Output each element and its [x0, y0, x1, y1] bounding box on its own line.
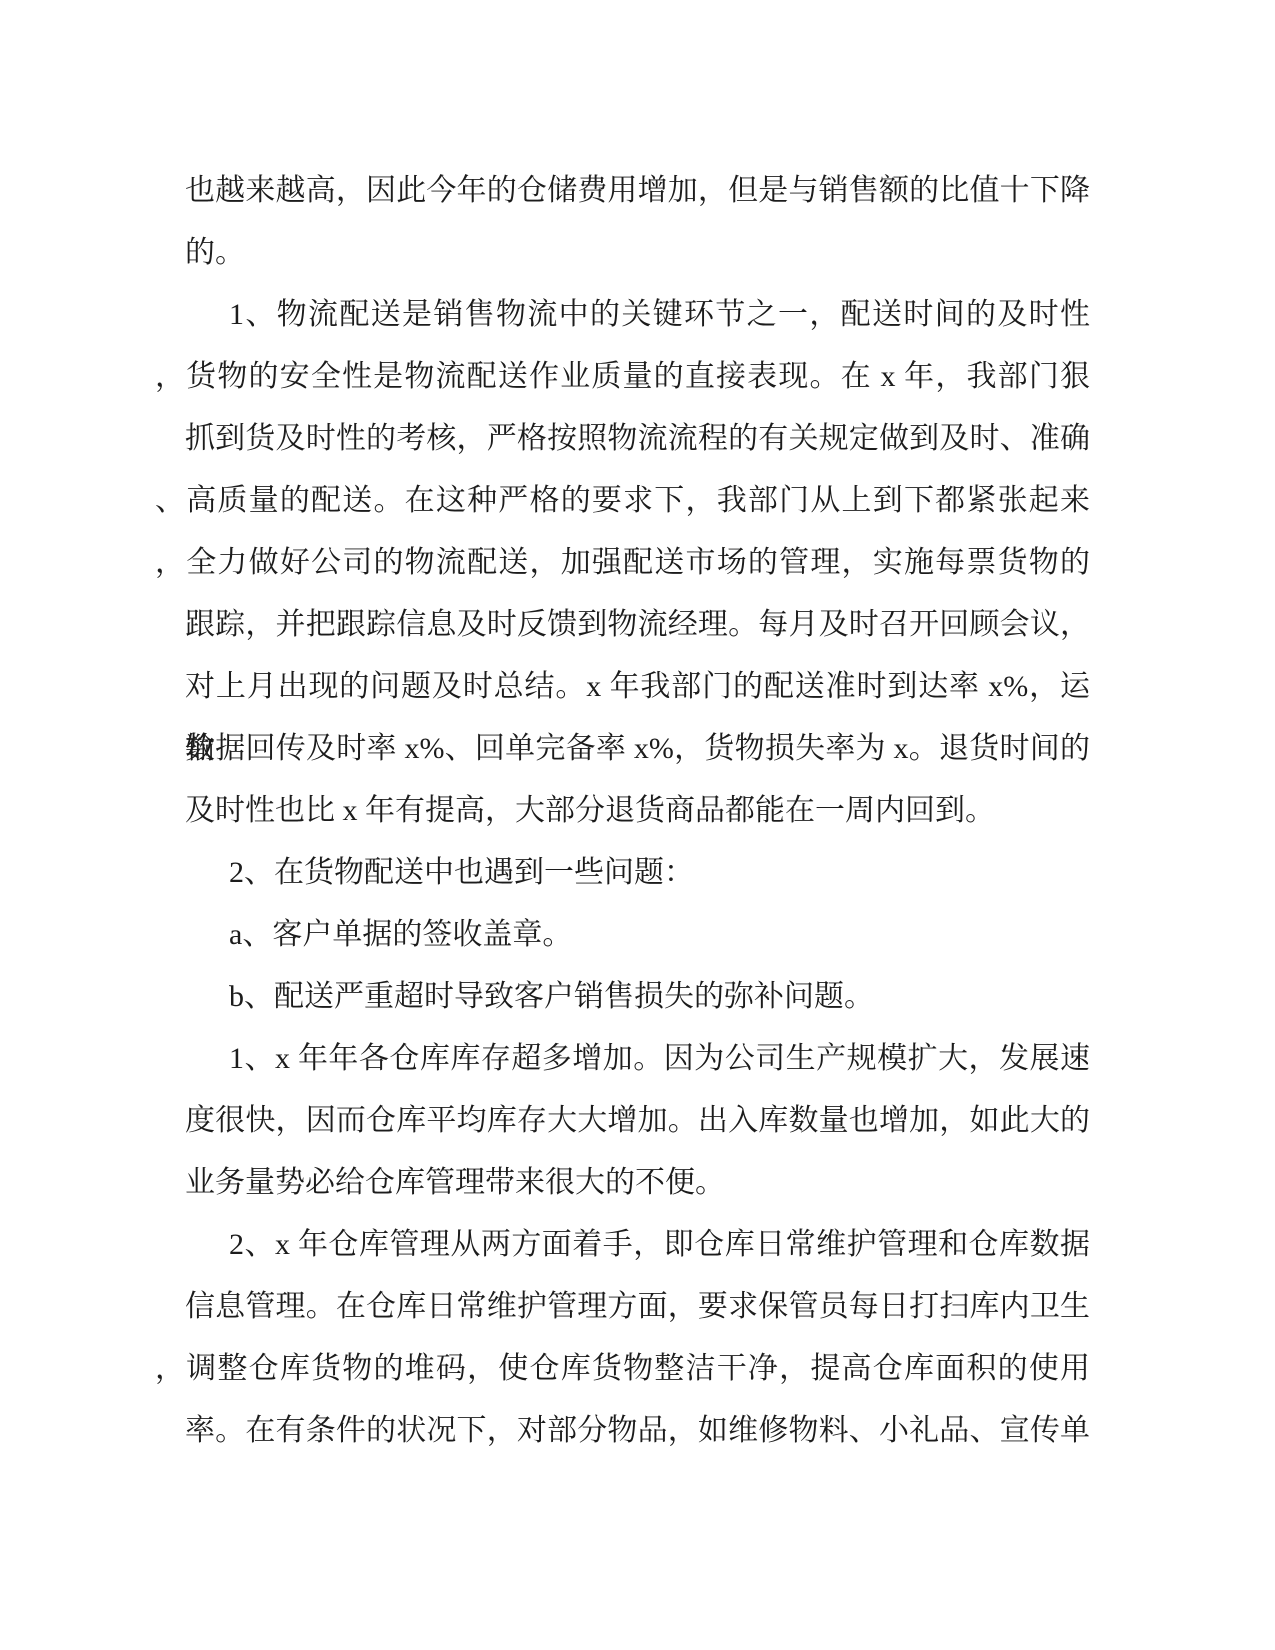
text-line: 1、物流配送是销售物流中的关键环节之一，配送时间的及时性: [185, 284, 1090, 346]
text-line: 业务量势必给仓库管理带来很大的不便。: [185, 1152, 1090, 1214]
text-line: 跟踪，并把跟踪信息及时反馈到物流经理。每月及时召开回顾会议，: [185, 594, 1090, 656]
text-line: 及时性也比 x 年有提高，大部分退货商品都能在一周内回到。: [185, 780, 1090, 842]
text-line: 、高质量的配送。在这种严格的要求下，我部门从上到下都紧张起来: [155, 470, 1090, 532]
text-line: 度很快，因而仓库平均库存大大增加。出入库数量也增加，如此大的: [185, 1090, 1090, 1152]
text-area: 也越来越高，因此今年的仓储费用增加，但是与销售额的比值十下降的。1、物流配送是销…: [185, 160, 1090, 1462]
text-line: 抓到货及时性的考核，严格按照物流流程的有关规定做到及时、准确: [185, 408, 1090, 470]
text-line: 对上月出现的问题及时总结。x 年我部门的配送准时到达率 x%，运输: [185, 656, 1090, 718]
text-line: ，货物的安全性是物流配送作业质量的直接表现。在 x 年，我部门狠: [155, 346, 1090, 408]
text-line: 也越来越高，因此今年的仓储费用增加，但是与销售额的比值十下降: [185, 160, 1090, 222]
text-line: 的。: [185, 222, 1090, 284]
text-line: 1、x 年年各仓库库存超多增加。因为公司生产规模扩大，发展速: [185, 1028, 1090, 1090]
text-line: 2、x 年仓库管理从两方面着手，即仓库日常维护管理和仓库数据: [185, 1214, 1090, 1276]
text-line: b、配送严重超时导致客户销售损失的弥补问题。: [185, 966, 1090, 1028]
text-line: 2、在货物配送中也遇到一些问题：: [185, 842, 1090, 904]
text-line: 信息管理。在仓库日常维护管理方面，要求保管员每日打扫库内卫生: [185, 1276, 1090, 1338]
text-line: ，调整仓库货物的堆码，使仓库货物整洁干净，提高仓库面积的使用: [155, 1338, 1090, 1400]
text-line: 数据回传及时率 x%、回单完备率 x%，货物损失率为 x。退货时间的: [185, 718, 1090, 780]
document-page: 也越来越高，因此今年的仓储费用增加，但是与销售额的比值十下降的。1、物流配送是销…: [0, 0, 1275, 1650]
text-line: 率。在有条件的状况下，对部分物品，如维修物料、小礼品、宣传单: [185, 1400, 1090, 1462]
text-line: a、客户单据的签收盖章。: [185, 904, 1090, 966]
text-line: ，全力做好公司的物流配送，加强配送市场的管理，实施每票货物的: [155, 532, 1090, 594]
